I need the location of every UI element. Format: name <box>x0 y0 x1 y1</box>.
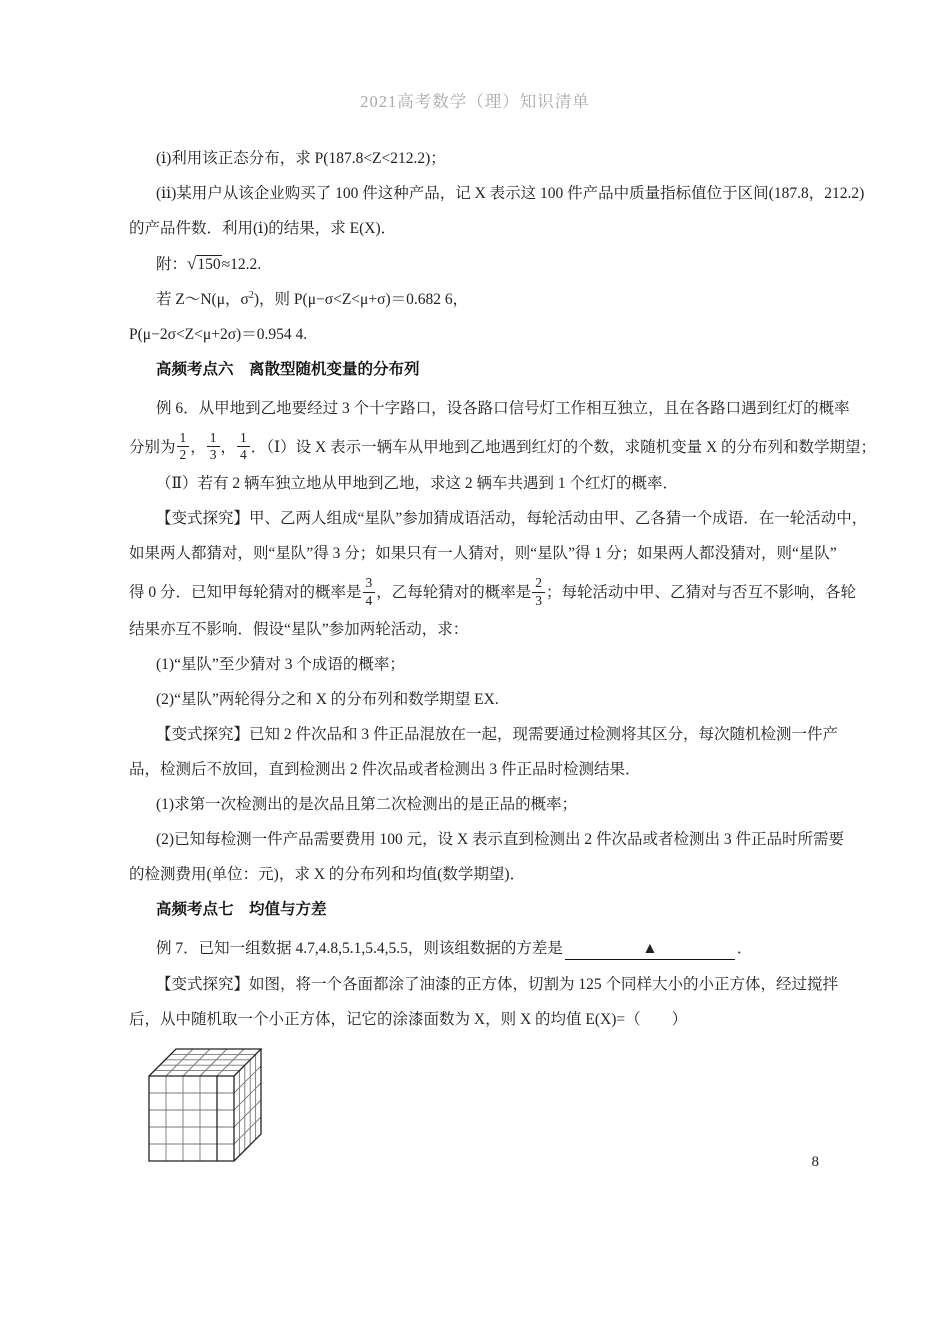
document-page: 2021高考数学（理）知识清单 (ⅰ)利用该正态分布，求 P(187.8<Z<2… <box>0 0 950 1344</box>
paragraph: 品，检测后不放回，直到检测出 2 件次品或者检测出 3 件正品时检测结果． <box>129 759 829 780</box>
paragraph-answer-blank: 例 7．已知一组数据 4.7,4.8,5.1,5.4,5.5，则该组数据的方差是… <box>129 938 829 960</box>
section-heading-six: 高频考点六 离散型随机变量的分布列 <box>129 359 829 380</box>
paragraph: 【变式探究】甲、乙两人组成“星队”参加猜成语活动，每轮活动由甲、乙各猜一个成语．… <box>129 508 829 529</box>
cube-5x5x5-drawing <box>145 1044 265 1164</box>
paragraph: (2)已知每检测一件产品需要费用 100 元，设 X 表示直到检测出 2 件次品… <box>129 829 829 850</box>
paragraph: 的产品件数．利用(ⅰ)的结果，求 E(X)． <box>129 218 829 239</box>
paragraph: (1)求第一次检测出的是次品且第二次检测出的是正品的概率； <box>129 794 829 815</box>
triangle-marker: ▲ <box>642 940 657 957</box>
answer-blank: ▲ <box>565 942 735 960</box>
fraction: 12 <box>177 431 190 462</box>
document-header-title: 2021高考数学（理）知识清单 <box>0 88 950 112</box>
paragraph: 如果两人都猜对，则“星队”得 3 分；如果只有一人猜对，则“星队”得 1 分；如… <box>129 543 829 564</box>
paragraph: 【变式探究】已知 2 件次品和 3 件正品混放在一起，现需要通过检测将其区分，每… <box>129 724 829 745</box>
painted-cube-figure <box>145 1044 829 1169</box>
radical-sign: √ <box>187 254 196 273</box>
paragraph: P(μ−2σ<Z<μ+2σ)＝0.954 4. <box>129 324 829 345</box>
paragraph: (ⅱ)某用户从该企业购买了 100 件这种产品，记 X 表示这 100 件产品中… <box>129 183 829 204</box>
paragraph: 后，从中随机取一个小正方体，记它的涂漆面数为 X，则 X 的均值 E(X)=（ … <box>129 1009 829 1030</box>
approximation-value: ≈12.2. <box>222 256 262 273</box>
paragraph: 结果亦互不影响．假设“星队”参加两轮活动，求： <box>129 619 829 640</box>
paragraph-fractions-example6: 分别为12，13，14．（Ⅰ）设 X 表示一辆车从甲地到乙地遇到红灯的个数，求随… <box>129 433 829 464</box>
radicand: 150 <box>196 255 221 273</box>
fraction: 23 <box>532 576 545 607</box>
fraction: 34 <box>363 576 376 607</box>
paragraph: (ⅰ)利用该正态分布，求 P(187.8<Z<212.2)； <box>129 148 829 169</box>
fraction: 14 <box>237 431 250 462</box>
page-number: 8 <box>812 1154 820 1171</box>
section-heading-seven: 高频考点七 均值与方差 <box>129 899 829 920</box>
note-label: 附： <box>156 256 187 273</box>
paragraph: 例 6．从甲地到乙地要经过 3 个十字路口，设各路口信号灯工作相互独立，且在各路… <box>129 398 829 419</box>
paragraph-normal-distribution: 若 Z～N(μ，σ2)，则 P(μ−σ<Z<μ+σ)＝0.682 6， <box>129 289 829 310</box>
document-body: (ⅰ)利用该正态分布，求 P(187.8<Z<212.2)； (ⅱ)某用户从该企… <box>129 148 829 1169</box>
paragraph: （Ⅱ）若有 2 辆车独立地从甲地到乙地，求这 2 辆车共遇到 1 个红灯的概率． <box>129 473 829 494</box>
fraction: 13 <box>207 431 220 462</box>
paragraph: 【变式探究】如图，将一个各面都涂了油漆的正方体，切割为 125 个同样大小的小正… <box>129 974 829 995</box>
paragraph-sqrt-note: 附：√150≈12.2. <box>129 253 829 275</box>
paragraph: (2)“星队”两轮得分之和 X 的分布列和数学期望 EX. <box>129 689 829 710</box>
paragraph: (1)“星队”至少猜对 3 个成语的概率； <box>129 654 829 675</box>
paragraph-fractions-variant: 得 0 分．已知甲每轮猜对的概率是34，乙每轮猜对的概率是23；每轮活动中甲、乙… <box>129 578 829 609</box>
paragraph: 的检测费用(单位：元)，求 X 的分布列和均值(数学期望)． <box>129 864 829 885</box>
